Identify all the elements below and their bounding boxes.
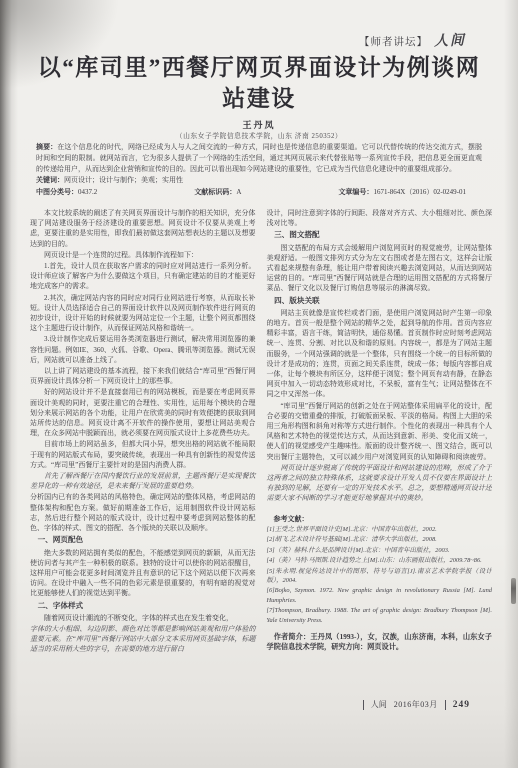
article-id: 文章编号：1671-864X（2016）02-0249-01 xyxy=(338,187,466,198)
paragraph: 好的网站设计并不是直接套用已有的网站模板，而是要在考虑网页界面设计美观的同时，更… xyxy=(30,387,256,438)
paragraph: 分析国内已有的各类网站的风格特色，确定网站的整体风格，考虑网站的整体架构和配色方… xyxy=(30,492,256,533)
article-id-value: 1671-864X（2016）02-0249-01 xyxy=(373,188,466,196)
section-heading: 一、网页配色 xyxy=(30,535,256,545)
scan-right-shade xyxy=(504,0,518,768)
paragraph: [1]王受之.世界平面设计史[M].北京：中国青年出版社，2002. xyxy=(267,525,493,534)
section-heading: 三、图文搭配 xyxy=(267,230,493,240)
paragraph: 作者简介：王丹凤（1993-），女，汉族，山东济南，本科，山东女子学院信息技术学… xyxy=(267,632,493,652)
keywords-line: 关键词：网页设计；设计与制作；美观；实用性 xyxy=(36,175,482,186)
clc-label: 中图分类号： xyxy=(36,188,78,196)
paragraph: [4]（美）马特·马图斯.设计趋势之上[M].山东：山东画报出版社，2009.7… xyxy=(267,556,493,565)
footer-divider xyxy=(363,700,364,710)
paragraph: 字体的大小粗细、勾边阴影、颜色对比等都是影响网站美观和用户体验的重要元素。在“库… xyxy=(30,624,256,655)
paragraph: 网页设计逐步脱离了传统的平面设计和网站建设的范畴，形成了介于这两者之间的独立特殊… xyxy=(267,463,493,504)
footer-journal: 人间 xyxy=(371,699,387,710)
doc-code-label: 文献标识码： xyxy=(194,188,236,196)
footer-issue: 2016年03月 xyxy=(394,699,438,710)
paragraph: 首先了解西餐厅在国内餐饮行业的发展前景，主题西餐厅是实现餐饮差异化的一种有效途径… xyxy=(30,471,256,491)
paragraph: 绝大多数的网站拥有类似的配色，不能感觉到网页的新颖，从而无法使访问者与其产生一种… xyxy=(30,548,256,599)
paragraph: 设计，同时注意到字体的行间距、段落对齐方式、大小粗细对比、颜色深浅对比等。 xyxy=(267,208,493,228)
clc-number: 中图分类号：0437.2 xyxy=(36,187,97,198)
paragraph: 3.设计制作完成后要运用各类浏览器进行测试，解决常用浏览器的兼容性问题。例如IE… xyxy=(30,334,256,365)
paragraph: 随着网页设计潮流的不断变化，字体的样式也在发生着变化， xyxy=(30,613,256,623)
column-right: 设计，同时注意到字体的行间距、段落对齐方式、大小粗细对比、颜色深浅对比等。三、图… xyxy=(267,208,493,700)
section-heading: 参考文献： xyxy=(267,514,493,524)
column-name-badge: 【师者讲坛】 xyxy=(359,34,428,49)
paragraph: 1.首先，设计人员在获取客户需求的同时应对网站进行一系列分析。设计师应该了解客户… xyxy=(30,261,256,292)
footer-divider xyxy=(445,700,446,710)
paragraph: 本文比较系统的阐述了有关网页界面设计与制作的相关知识，充分体现了网站建设服务于经… xyxy=(30,208,256,249)
meta-line: 中图分类号：0437.2 文献标识码：A 文章编号：1671-864X（2016… xyxy=(36,187,466,198)
scanned-journal-page: 【师者讲坛】 人间 以“库司里”西餐厅网页界面设计为例谈网站建设 王丹凤 （山东… xyxy=(0,0,518,768)
column-left: 本文比较系统的阐述了有关网页界面设计与制作的相关知识，充分体现了网站建设服务于经… xyxy=(30,208,256,700)
header-badge: 【师者讲坛】 人间 xyxy=(359,30,466,50)
article-body: 本文比较系统的阐述了有关网页界面设计与制作的相关知识，充分体现了网站建设服务于经… xyxy=(30,208,492,700)
paragraph: 以上讲了网站建设的基本流程，接下来我们就结合“库司里”西餐厅网页界面设计具体分析… xyxy=(30,366,256,386)
section-heading: 二、字体样式 xyxy=(30,601,256,611)
paragraph: “库司里”西餐厅网站的创新之处在于网站整体采用扁平化的设计，配合必要的交错重叠的… xyxy=(267,401,493,462)
journal-logo: 人间 xyxy=(434,29,467,50)
paragraph: [2]胡飞.艺术设计符号基础[M].北京：清华大学出版社，2008. xyxy=(267,535,493,544)
doc-code-value: A xyxy=(236,188,241,196)
article-id-label: 文章编号： xyxy=(338,188,373,196)
article-title: 以“库司里”西餐厅网页界面设计为例谈网站建设 xyxy=(29,52,489,114)
paragraph: [5]朱永明.视觉传达设计中的图形、符号与语言[J].南京艺术学院学报（设计版）… xyxy=(267,567,493,586)
paragraph: [7]Thompson, Bradbury. 1988. The art of … xyxy=(267,606,493,625)
footer-page-number: 249 xyxy=(453,700,470,710)
paragraph: 网站主页就像是宣传栏或者门面，是使用户浏览网站时产生第一印象的地方。首页一般是整… xyxy=(267,308,493,400)
paragraph: 图文搭配的布局方式会缓解用户浏览网页时的视觉疲劳，让网站整体美观舒适。一般图文排… xyxy=(267,243,493,294)
paragraph: 目前市场上的网站虽多，但都大同小异，想突出格的网站就不能局限于现有的网站版式布局… xyxy=(30,439,256,470)
doc-code: 文献标识码：A xyxy=(194,187,241,198)
book-spine-shadow xyxy=(0,0,18,768)
abstract-paragraph: 摘要：在这个信息化的时代，网络已经成为人与人之间交流的一种方式，同时也是传递信息… xyxy=(36,142,482,174)
clc-value: 0437.2 xyxy=(78,188,97,196)
scan-edge-artifact xyxy=(511,578,516,604)
keywords-text: 网页设计；设计与制作；美观；实用性 xyxy=(64,176,183,184)
abstract-block: 摘要：在这个信息化的时代，网络已经成为人与人之间交流的一种方式，同时也是传递信息… xyxy=(36,142,482,198)
paragraph: [6]Bojko, Szymon. 1972. New graphic desi… xyxy=(267,586,493,605)
keywords-label: 关键词： xyxy=(36,176,64,184)
section-heading: 四、版块关联 xyxy=(267,296,493,306)
page-footer: 人间 2016年03月 249 xyxy=(363,699,470,710)
abstract-text: 在这个信息化的时代，网络已经成为人与人之间交流的一种方式，同时也是传递信息的重要… xyxy=(36,143,482,173)
paragraph: [3]（英）赫科.什么是品牌设计[M].北京：中国青年出版社，2003. xyxy=(267,546,493,555)
abstract-label: 摘要： xyxy=(36,143,57,151)
author-affiliation: （山东女子学院信息技术学院，山东 济南 250352） xyxy=(0,130,518,140)
paragraph: 2.其次，确定网站内容的同时应对同行业网站进行考察，从而取长补短。设计人员选择适… xyxy=(30,293,256,334)
paragraph: 网页设计是一个连贯的过程。具体制作流程如下： xyxy=(30,250,256,260)
